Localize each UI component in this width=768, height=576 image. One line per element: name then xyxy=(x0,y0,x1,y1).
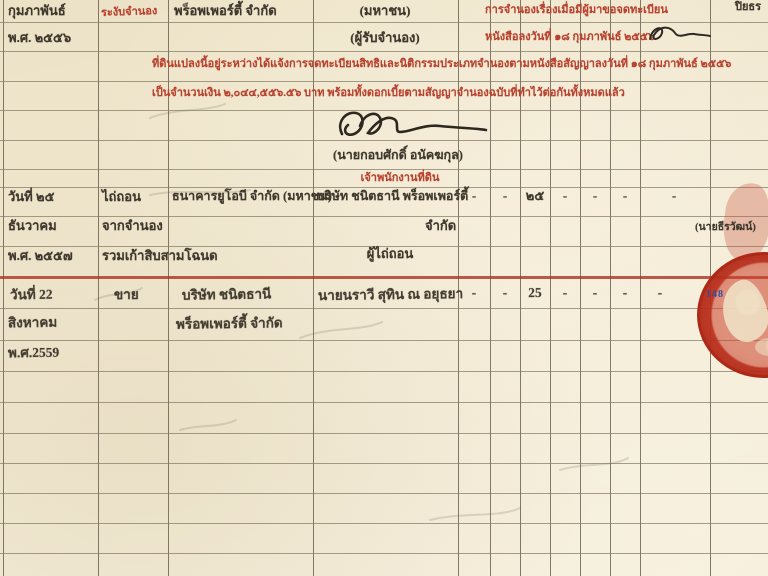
redemption-grantor: ธนาคารยูโอบี จำกัด (มหาชน) xyxy=(172,190,332,204)
grid-hline xyxy=(0,523,768,524)
redemption-date-day: วันที่ ๒๕ xyxy=(8,190,54,204)
redemption-type-line1: ไถ่ถอน xyxy=(102,190,141,204)
grid-vline xyxy=(3,0,4,576)
grid-hline xyxy=(0,402,768,403)
sale-date-month: สิงหาคม xyxy=(8,316,57,332)
area-value: - xyxy=(462,189,486,203)
redemption-date-year: พ.ศ. ๒๕๕๗ xyxy=(8,249,73,263)
stamp-transaction-type: ระงับจำนอง xyxy=(101,5,158,19)
seal-emblem-silhouette xyxy=(716,276,768,347)
area-value: - xyxy=(493,189,517,203)
grid-hline xyxy=(0,187,768,188)
grid-hline xyxy=(0,308,768,309)
area-value: - xyxy=(662,189,686,203)
area-value-wa: ๒๕ xyxy=(523,189,547,203)
area-value: - xyxy=(553,189,577,203)
grid-vline xyxy=(98,0,99,576)
red-memo-line2: เป็นจำนวนเงิน ๒,๐๔๔,๕๕๖.๕๖ บาท พร้อมทั้ง… xyxy=(152,87,625,99)
red-note-line1: การจำนองเรื่องเมื่อมีผู้มาขอจดทะเบียน xyxy=(485,4,668,16)
land-office-seal xyxy=(697,252,768,378)
party-role: (ผู้รับจำนอง) xyxy=(315,31,455,45)
redemption-officer-note: (นายธีรวัฒน์) xyxy=(695,222,756,234)
grid-hline xyxy=(0,51,768,52)
red-divider-line xyxy=(0,276,768,279)
party-name-continued: พร็อพเพอร์ตี้ จำกัด xyxy=(174,4,277,18)
grid-hline xyxy=(0,433,768,434)
sale-date-year: พ.ศ.2559 xyxy=(8,346,59,362)
area-value: - xyxy=(648,286,672,301)
seal-number: 148 xyxy=(706,289,724,300)
land-deed-register-page: กุมภาพันธ์ พ.ศ. ๒๕๕๖ ระงับจำนอง พร็อพเพอ… xyxy=(0,0,768,576)
area-value: - xyxy=(553,286,577,301)
redemption-date-month: ธันวาคม xyxy=(8,219,57,233)
registrar-signature xyxy=(328,106,493,152)
registrar-name: (นายกอบศักดิ์ อนัคฆกุล) xyxy=(283,149,513,163)
grid-hline xyxy=(0,493,768,494)
register-year: พ.ศ. ๒๕๕๖ xyxy=(8,31,71,45)
seal-emblem-detail xyxy=(755,338,768,356)
area-value: - xyxy=(583,286,607,301)
sale-date-day: วันที่ 22 xyxy=(10,288,53,303)
grid-vline xyxy=(640,0,641,576)
red-note-line2: หนังสือลงวันที่ ๑๘ กุมภาพันธ์ ๒๕๕๖ xyxy=(485,31,655,43)
registrar-title: เจ้าพนักงานที่ดิน xyxy=(300,172,500,184)
grid-hline xyxy=(0,553,768,554)
redemption-grantee-line2: จำกัด xyxy=(425,219,456,233)
sale-grantor-line1: บริษัท ชนิตธานี xyxy=(182,287,271,303)
grid-hline xyxy=(0,169,768,170)
sale-grantor-line2: พร็อพเพอร์ตี้ จำกัด xyxy=(176,316,283,332)
corner-note: ปิยธร xyxy=(735,1,761,13)
grid-hline xyxy=(0,216,768,217)
area-value: - xyxy=(583,189,607,203)
redemption-type-line3: รวมเก้าสิบสามโฉนด xyxy=(102,249,218,263)
grid-hline xyxy=(0,463,768,464)
area-value: - xyxy=(613,189,637,203)
area-value-wa: 25 xyxy=(523,286,547,301)
grid-hline xyxy=(0,371,768,372)
area-value: - xyxy=(462,286,486,301)
grid-hline xyxy=(0,81,768,82)
area-value: - xyxy=(613,286,637,301)
red-memo-line1: ที่ดินแปลงนี้อยู่ระหว่างได้แจ้งการจดทะเบ… xyxy=(152,58,731,70)
registrar-initial-signature xyxy=(642,20,714,48)
redemption-type-line2: จากจำนอง xyxy=(102,219,163,233)
grid-hline xyxy=(0,340,768,341)
area-value: - xyxy=(493,286,517,301)
sale-type: ขาย xyxy=(114,288,139,303)
redemption-grantee-role: ผู้ไถ่ถอน xyxy=(330,247,450,261)
party-suffix: (มหาชน) xyxy=(315,4,455,18)
register-month: กุมภาพันธ์ xyxy=(8,4,66,18)
sale-grantee: นายนราวี สุทิน ณ อยุธยา xyxy=(318,287,463,304)
redemption-grantee-line1: บริษัท ชนิตธานี พร็อพเพอร์ตี้ xyxy=(317,190,468,204)
